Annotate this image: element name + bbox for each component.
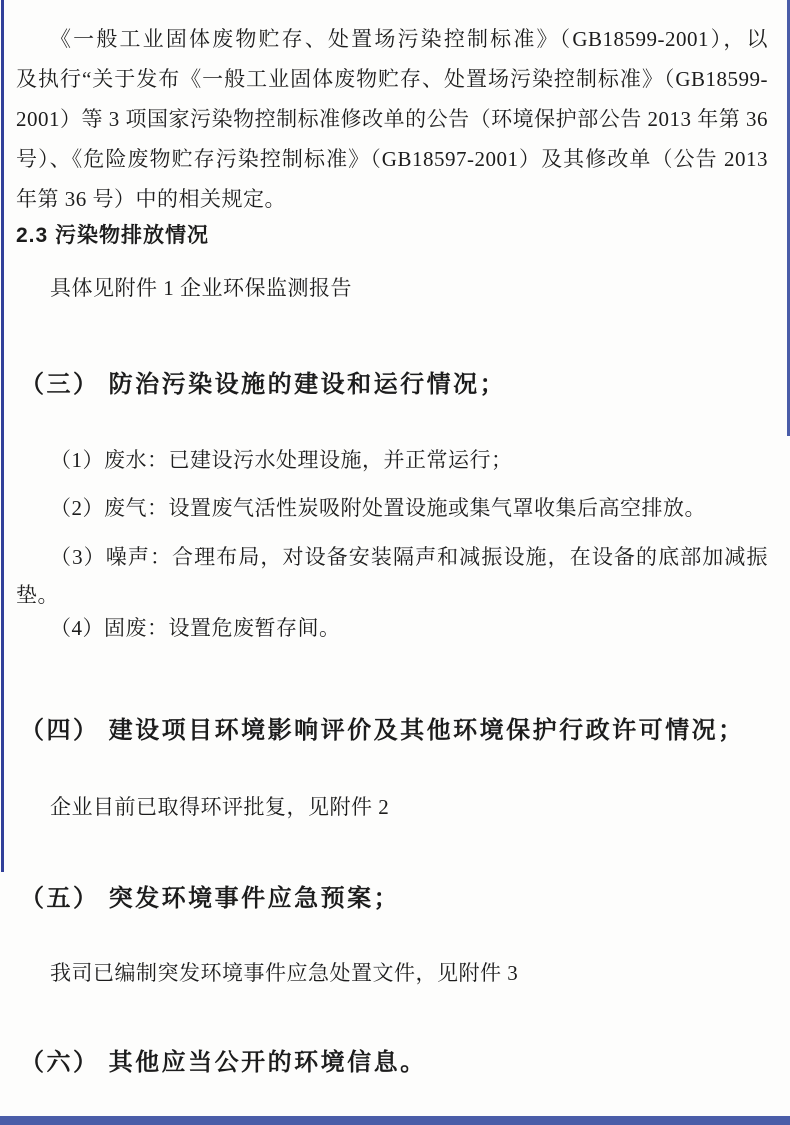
paragraph-line: （2）废气：设置废气活性炭吸附处置设施或集气罩收集后高空排放。: [16, 488, 768, 528]
heading-section-3: （三） 防治污染设施的建设和运行情况；: [16, 368, 772, 402]
paragraph-line: 及执行“关于发布《一般工业固体废物贮存、处置场污染控制标准》（GB18599-: [16, 59, 768, 99]
list-item-4-solid-waste: （4）固废：设置危废暂存间。: [16, 608, 768, 648]
paragraph-line: （4）固废：设置危废暂存间。: [16, 608, 768, 648]
intro-paragraph: 《一般工业固体废物贮存、处置场污染控制标准》（GB18599-2001），以 及…: [16, 19, 768, 219]
scanned-document-page: 《一般工业固体废物贮存、处置场污染控制标准》（GB18599-2001），以 及…: [0, 0, 790, 1125]
paragraph-line: （3）噪声：合理布局，对设备安装隔声和减振设施，在设备的底部加减振: [16, 538, 768, 576]
scan-edge-left-line: [1, 0, 4, 872]
paragraph-line: 2001）等 3 项国家污染物控制标准修改单的公告（环境保护部公告 2013 年…: [16, 99, 768, 139]
heading-section-5: （五） 突发环境事件应急预案；: [16, 882, 772, 916]
paragraph-line: 《一般工业固体废物贮存、处置场污染控制标准》（GB18599-2001），以: [16, 19, 768, 59]
paragraph-line: （1）废水：已建设污水处理设施，并正常运行；: [16, 440, 768, 480]
scan-edge-bottom-bar: [0, 1116, 790, 1125]
paragraph-line: 企业目前已取得环评批复，见附件 2: [16, 787, 768, 827]
list-item-2-waste-gas: （2）废气：设置废气活性炭吸附处置设施或集气罩收集后高空排放。: [16, 488, 768, 528]
list-item-1-wastewater: （1）废水：已建设污水处理设施，并正常运行；: [16, 440, 768, 480]
attachment-1-note: 具体见附件 1 企业环保监测报告: [16, 268, 768, 308]
eia-approval-note: 企业目前已取得环评批复，见附件 2: [16, 787, 768, 827]
paragraph-line: 具体见附件 1 企业环保监测报告: [16, 268, 768, 308]
paragraph-line: 我司已编制突发环境事件应急处置文件，见附件 3: [16, 953, 768, 993]
heading-section-6: （六） 其他应当公开的环境信息。: [16, 1046, 772, 1080]
paragraph-line: 年第 36 号）中的相关规定。: [16, 179, 768, 219]
paragraph-line: 号）、《危险废物贮存污染控制标准》（GB18597-2001）及其修改单（公告 …: [16, 139, 768, 179]
list-item-3-noise: （3）噪声：合理布局，对设备安装隔声和减振设施，在设备的底部加减振 垫。: [16, 538, 768, 614]
heading-2-3-pollutant-discharge: 2.3 污染物排放情况: [16, 222, 768, 250]
emergency-plan-note: 我司已编制突发环境事件应急处置文件，见附件 3: [16, 953, 768, 993]
heading-section-4: （四） 建设项目环境影响评价及其他环境保护行政许可情况；: [16, 714, 772, 748]
